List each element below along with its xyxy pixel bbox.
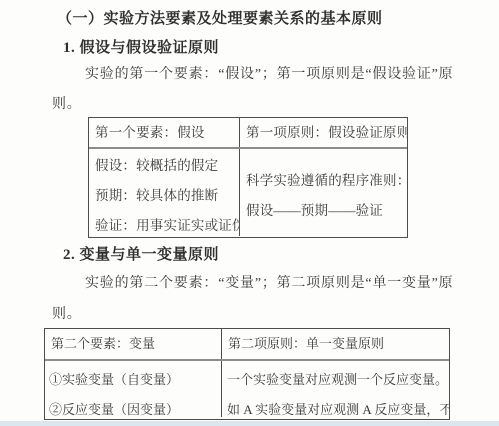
table-2-header-right-cell: 第二项原则：单一变量原则	[222, 329, 449, 359]
table-2-variable-item: ①实验变量（自变量）	[49, 365, 221, 395]
table-2-header-left-cell: 第二个要素：变量	[45, 329, 222, 359]
table-1-header-row: 第一个要素：假设 第一项原则：假设验证原则	[89, 118, 407, 149]
section-2-paragraph-line-2: 则。	[52, 303, 82, 323]
table-1-body-right-cell: 科学实验遵循的程序准则： 假设——预期——验证	[240, 149, 407, 236]
page-bottom-edge	[0, 421, 499, 426]
table-2-rule-line: 如 A 实验变量对应观测 A 反应变量，不	[227, 395, 449, 417]
table-1-body-left-cell: 假设：较概括的假定 预期：较具体的推断 验证：用事实证实或证伪	[89, 149, 240, 236]
table-2-header-row: 第二个要素：变量 第二项原则：单一变量原则	[45, 329, 449, 361]
document-page: （一）实验方法要素及处理要素关系的基本原则 1. 假设与假设验证原则 实验的第一…	[0, 0, 499, 426]
table-1-procedure-line: 科学实验遵循的程序准则：	[246, 166, 407, 196]
table-1-definition-line: 假设：较概括的假定	[95, 151, 239, 181]
table-2-body-left-cell: ①实验变量（自变量） ②反应变量（因变量）	[45, 361, 222, 417]
section-1-paragraph-line-1: 实验的第一个要素：“假设”；第一项原则是“假设验证”原	[85, 63, 453, 83]
section-1-title: 1. 假设与假设验证原则	[63, 36, 219, 57]
table-1-header-left-cell: 第一个要素：假设	[89, 118, 240, 147]
table-2-body-row: ①实验变量（自变量） ②反应变量（因变量） 一个实验变量对应观测一个反应变量。 …	[45, 361, 449, 417]
table-2-rule-line: 一个实验变量对应观测一个反应变量。	[227, 365, 449, 395]
section-1-paragraph-line-2: 则。	[52, 93, 82, 113]
table-2-body-right-cell: 一个实验变量对应观测一个反应变量。 如 A 实验变量对应观测 A 反应变量，不	[222, 361, 449, 417]
table-1-body-row: 假设：较概括的假定 预期：较具体的推断 验证：用事实证实或证伪 科学实验遵循的程…	[89, 149, 407, 236]
section-2-title: 2. 变量与单一变量原则	[63, 243, 219, 264]
table-1-definition-line: 验证：用事实证实或证伪	[95, 211, 239, 236]
section-2-paragraph-line-1: 实验的第二个要素：“变量”；第二项原则是“单一变量”原	[85, 272, 453, 292]
main-heading: （一）实验方法要素及处理要素关系的基本原则	[57, 7, 383, 28]
variable-principle-table: 第二个要素：变量 第二项原则：单一变量原则 ①实验变量（自变量） ②反应变量（因…	[44, 328, 450, 420]
table-1-procedure-line: 假设——预期——验证	[246, 196, 407, 226]
table-2-variable-item: ②反应变量（因变量）	[49, 395, 221, 417]
table-1-header-right-cell: 第一项原则：假设验证原则	[240, 118, 407, 147]
hypothesis-principle-table: 第一个要素：假设 第一项原则：假设验证原则 假设：较概括的假定 预期：较具体的推…	[88, 117, 408, 238]
table-1-definition-line: 预期：较具体的推断	[95, 181, 239, 211]
